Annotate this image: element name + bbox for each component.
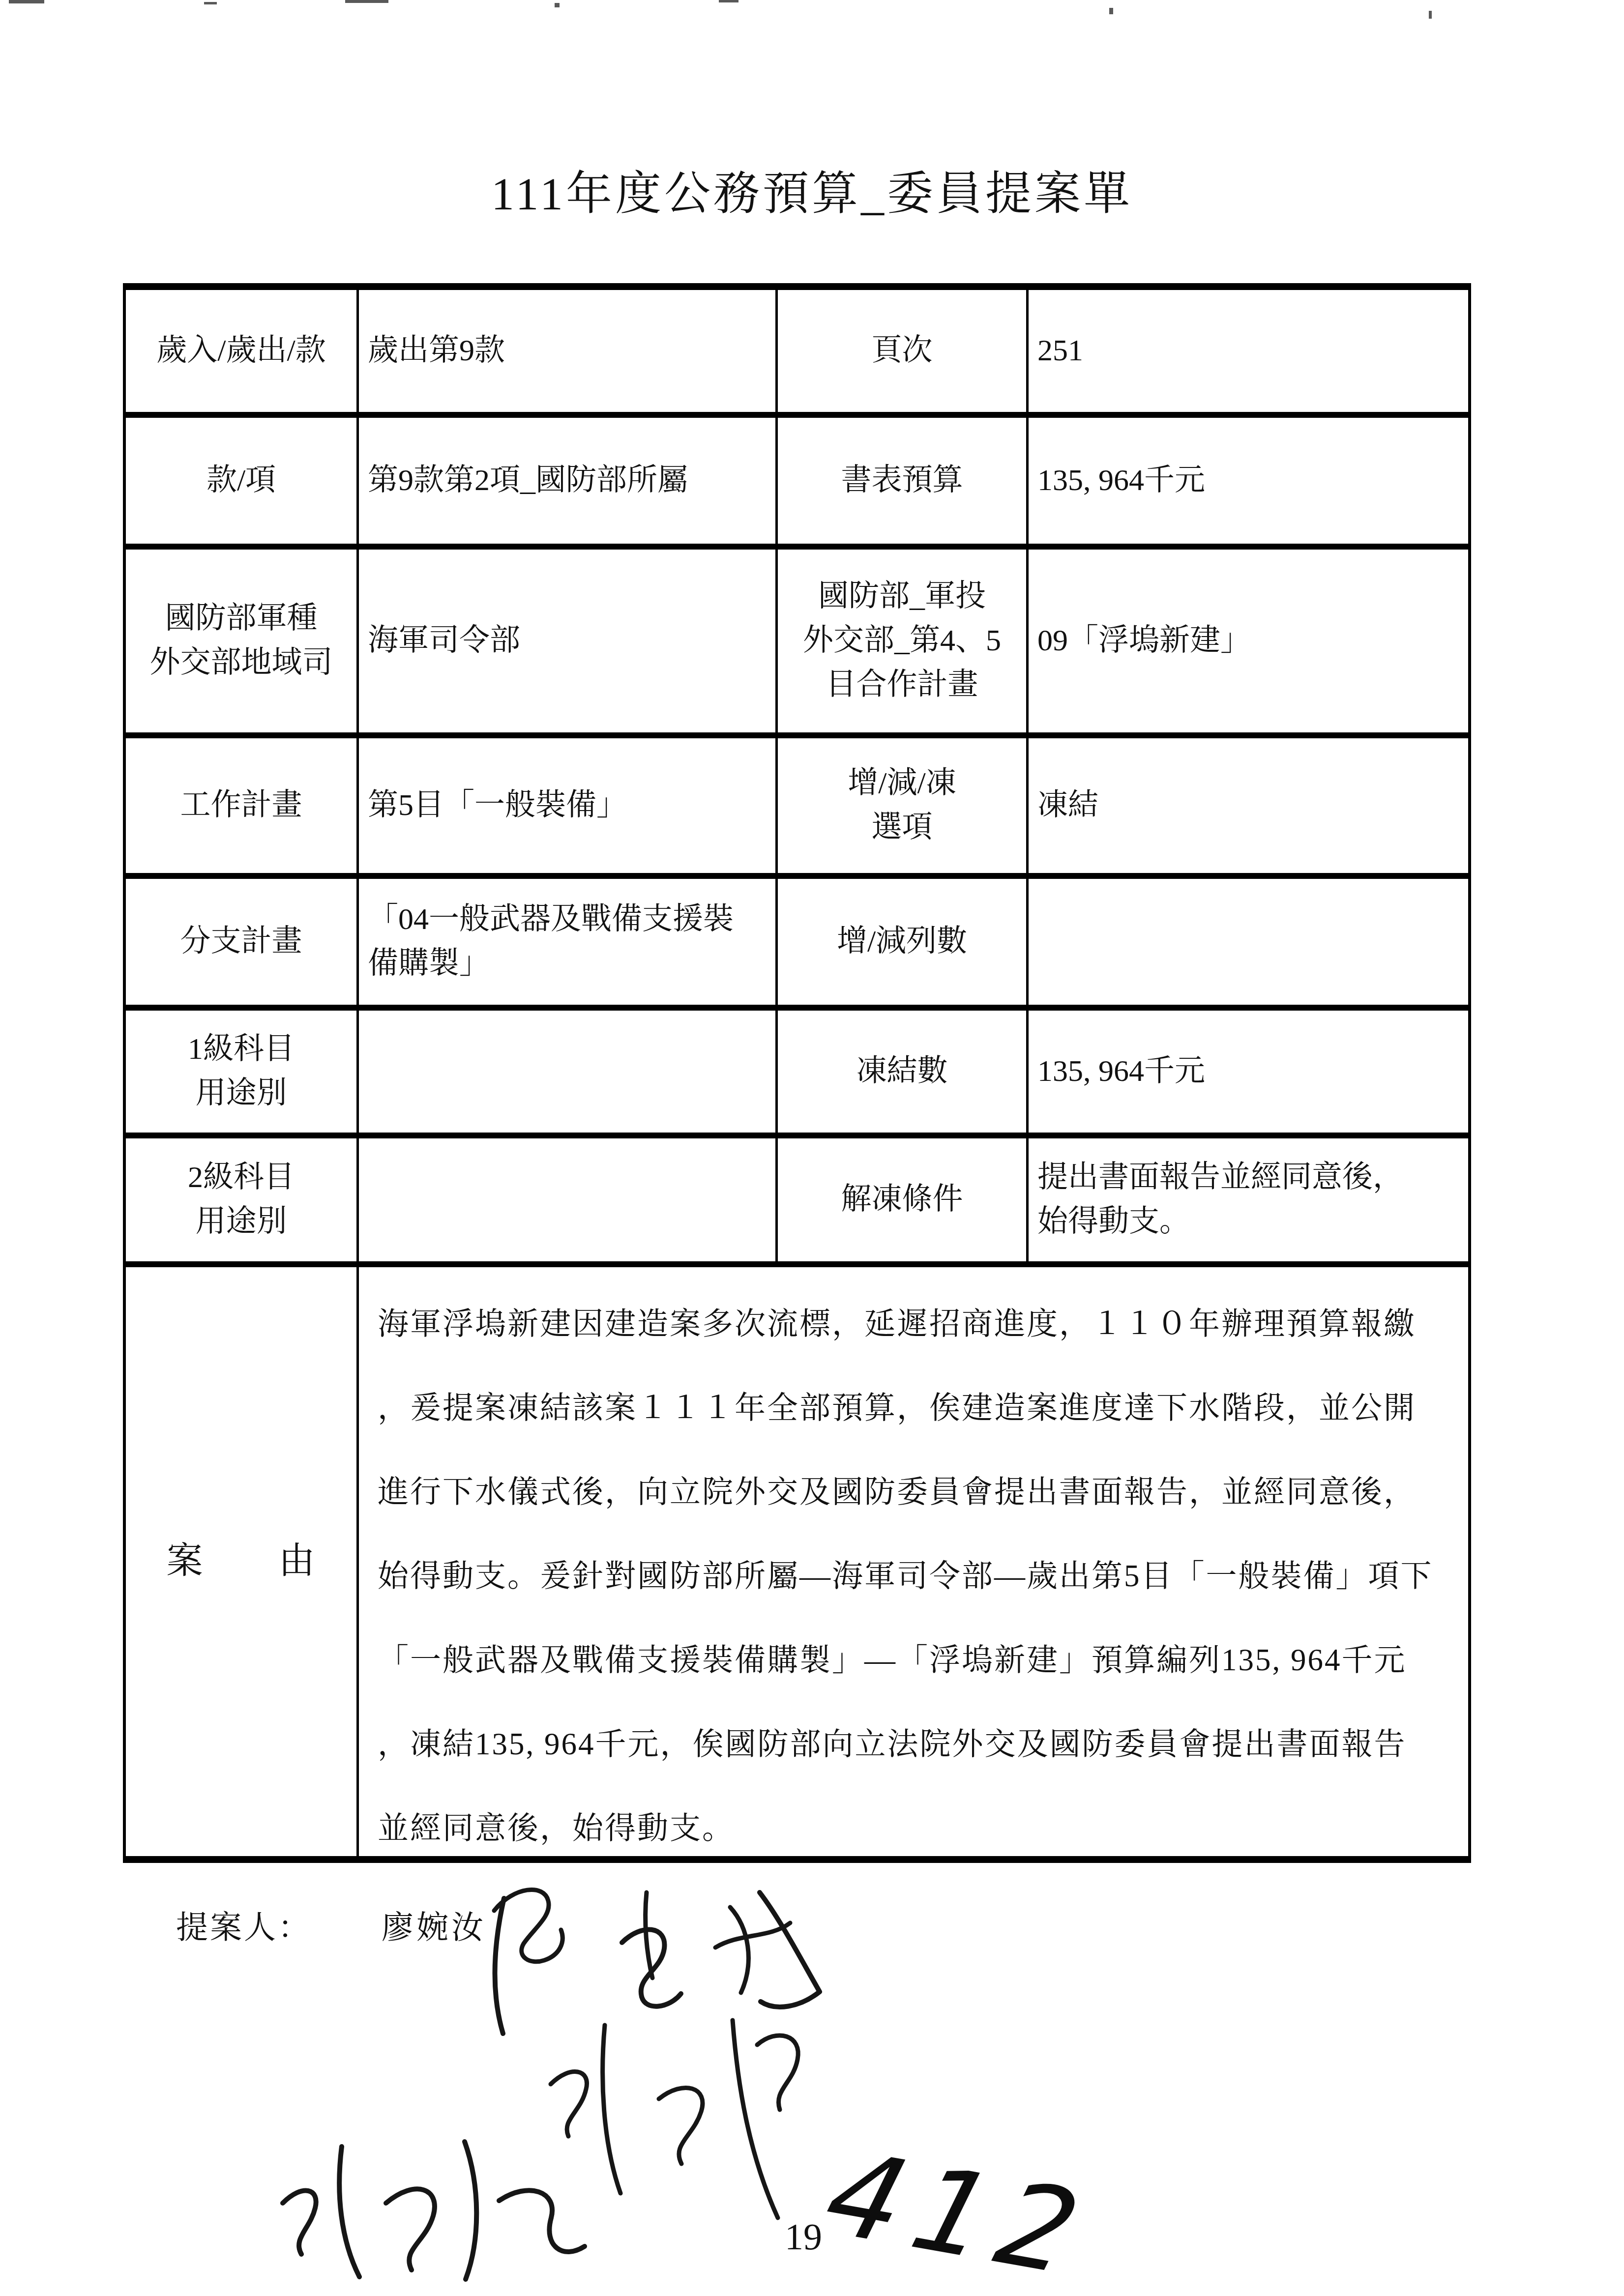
scan-noise-mark [719,0,738,2]
table-row: 工作計畫 第5目「一般裝備」 增/減/凍 選項 凍結 [126,738,1468,879]
proposer-name: 廖婉汝 [382,1910,486,1946]
row4-value1: 第5目「一般裝備」 [359,738,778,873]
table-row: 款/項 第9款第2項_國防部所屬 書表預算 135, 964千元 [126,418,1468,550]
row3-value2: 09「浮塢新建」 [1029,550,1468,732]
row1-label2: 頁次 [778,290,1029,412]
table-row: 分支計畫 「04一般武器及戰備支援裝 備購製」 增/減列數 [126,879,1468,1011]
row4-label2: 增/減/凍 選項 [778,738,1029,873]
page-title: 111年度公務預算_委員提案單 [0,156,1624,223]
scan-noise-mark [555,3,560,7]
case-line: 進行下水儀式後，向立院外交及國防委員會提出書面報告，並經同意後， [378,1450,1453,1534]
scan-noise-mark [1109,8,1113,14]
case-label: 案 由 [126,1267,359,1856]
row7-value1 [359,1138,778,1261]
proposer-row: 提案人：廖婉汝 [176,1901,486,1947]
row7-label2: 解凍條件 [778,1138,1029,1261]
proposer-label: 提案人： [176,1910,312,1946]
case-line: ，凍結135, 964千元，俟國防部向立法院外交及國防委員會提出書面報告 [378,1702,1453,1786]
row1-value2: 251 [1029,290,1468,412]
row5-value2 [1029,879,1468,1005]
row2-label1: 款/項 [126,418,359,544]
scan-noise-mark [345,0,388,3]
case-line: 海軍浮塢新建因建造案多次流標，延遲招商進度，１１０年辦理預算報繳 [378,1282,1453,1366]
scan-noise-mark [1429,11,1432,19]
row4-value2: 凍結 [1029,738,1468,873]
row7-label1: 2級科目 用途別 [126,1138,359,1261]
table-row: 2級科目 用途別 解凍條件 提出書面報告並經同意後， 始得動支。 [126,1138,1468,1267]
row4-label1: 工作計畫 [126,738,359,873]
row5-value1: 「04一般武器及戰備支援裝 備購製」 [359,879,778,1005]
row6-value2: 135, 964千元 [1029,1011,1468,1133]
row6-label1: 1級科目 用途別 [126,1011,359,1133]
row2-label2: 書表預算 [778,418,1029,544]
row6-label2: 凍結數 [778,1011,1029,1133]
case-line: 始得動支。爰針對國防部所屬—海軍司令部—歲出第5目「一般裝備」項下 [378,1534,1453,1618]
row1-label1: 歲入/歲出/款 [126,290,359,412]
case-line: ，爰提案凍結該案１１１年全部預算，俟建造案進度達下水階段，並公開 [378,1366,1453,1450]
row5-label1: 分支計畫 [126,879,359,1005]
case-line: 並經同意後，始得動支。 [378,1786,1453,1856]
table-row: 1級科目 用途別 凍結數 135, 964千元 [126,1011,1468,1138]
row6-value1 [359,1011,778,1133]
scan-noise-mark [204,2,217,4]
handwritten-number: 412 [800,2128,1118,2296]
scanned-document-page: 111年度公務預算_委員提案單 歲入/歲出/款 歲出第9款 頁次 251 款/項… [0,0,1624,2296]
row3-label1: 國防部軍種 外交部地域司 [126,550,359,732]
row3-label2: 國防部_軍投 外交部_第4、5 目合作計畫 [778,550,1029,732]
case-line: 「一般武器及戰備支援裝備購製」—「浮塢新建」預算編列135, 964千元 [378,1618,1453,1702]
budget-table: 歲入/歲出/款 歲出第9款 頁次 251 款/項 第9款第2項_國防部所屬 書表… [123,283,1471,1863]
row7-value2: 提出書面報告並經同意後， 始得動支。 [1029,1138,1468,1261]
row2-value1: 第9款第2項_國防部所屬 [359,418,778,544]
scan-noise-mark [9,0,44,3]
case-reason-text: 海軍浮塢新建因建造案多次流標，延遲招商進度，１１０年辦理預算報繳 ，爰提案凍結該… [359,1267,1468,1856]
row3-value1: 海軍司令部 [359,550,778,732]
row5-label2: 增/減列數 [778,879,1029,1005]
row2-value2: 135, 964千元 [1029,418,1468,544]
table-row: 歲入/歲出/款 歲出第9款 頁次 251 [126,290,1468,418]
row1-value1: 歲出第9款 [359,290,778,412]
signature-3-handwriting [268,2120,592,2292]
case-row: 案 由 海軍浮塢新建因建造案多次流標，延遲招商進度，１１０年辦理預算報繳 ，爰提… [126,1267,1468,1856]
table-row: 國防部軍種 外交部地域司 海軍司令部 國防部_軍投 外交部_第4、5 目合作計畫… [126,550,1468,738]
